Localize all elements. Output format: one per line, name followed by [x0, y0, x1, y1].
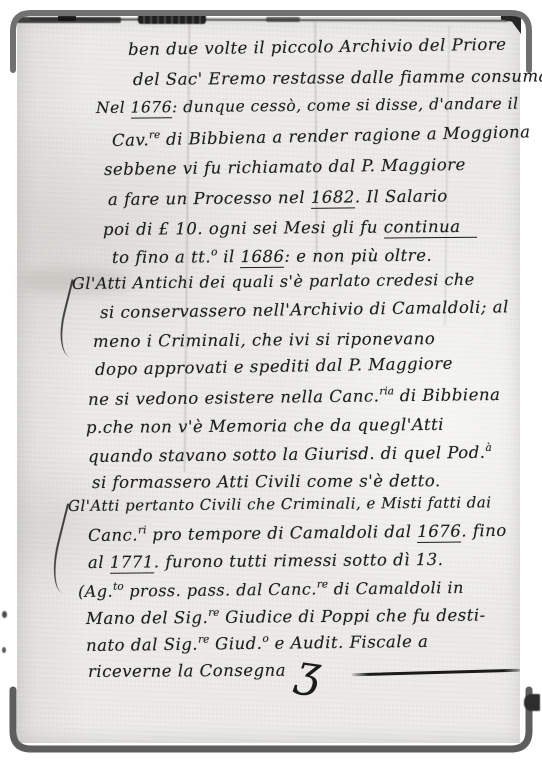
manuscript-line: Canc.ri pro tempore di Camaldoli dal 167… — [88, 520, 507, 545]
underlined-text: continua — [384, 217, 477, 239]
manuscript-line: Gl'Atti pertanto Civili che Criminali, e… — [68, 493, 492, 515]
text-run: a fare un Processo nel — [108, 188, 311, 209]
underlined-text: 1676 — [417, 521, 461, 543]
underlined-text: 1676 — [131, 98, 173, 118]
superscript-text: re — [198, 633, 209, 645]
superscript-text: re — [149, 129, 160, 141]
text-run: pro tempore di Camaldoli dal — [146, 522, 417, 544]
text-run: del Sac' Eremo restasse dalle fiamme con… — [133, 66, 542, 89]
text-run: e Audit. Fiscale a — [269, 632, 429, 653]
text-run: : dunque cessò, come si disse, d'andare … — [172, 95, 519, 117]
text-run: al — [88, 553, 110, 572]
text-run: Gl'Atti pertanto Civili che Criminali, e… — [68, 493, 492, 515]
manuscript-line: quando stavano sotto la Giurisd. di quel… — [88, 442, 492, 466]
text-run: Giudice di Poppi che fu desti- — [219, 606, 485, 627]
text-run: Nel — [96, 99, 131, 117]
underlined-text: 1686 — [240, 247, 284, 268]
manuscript-line: (Ag.to pross. pass. dal Canc.re di Camal… — [78, 577, 464, 601]
text-run: meno i Criminali, che ivi si riponevano — [93, 329, 435, 351]
superscript-text: à — [485, 442, 491, 454]
top-edge-blot — [266, 17, 300, 22]
text-run: . fino — [461, 521, 507, 541]
text-run: pross. pass. dal Canc. — [124, 579, 317, 600]
text-run: : e non più oltre. — [284, 246, 432, 266]
underlined-text: 1682 — [311, 187, 355, 208]
text-run: Canc. — [88, 525, 138, 545]
text-run: di Camaldoli in — [328, 578, 464, 598]
superscript-text: ria — [379, 385, 394, 397]
text-run: nato dal Sig. — [86, 635, 198, 655]
text-run: Cav. — [112, 130, 149, 150]
manuscript-line: riceverne la Consegna — [88, 661, 286, 681]
left-margin-speck — [2, 611, 7, 618]
text-run: (Ag. — [78, 582, 113, 601]
text-run: p.che non v'è Memoria che da quegl'Atti — [86, 415, 444, 437]
text-run: Mano del Sig. — [86, 608, 208, 628]
underlined-text: 1771 — [110, 552, 154, 573]
manuscript-line: al 1771. furono tutti rimessi sotto dì 1… — [88, 550, 444, 572]
text-run: Giud. — [209, 634, 262, 654]
manuscript-line: del Sac' Eremo restasse dalle fiamme con… — [133, 66, 542, 89]
manuscript-line: Mano del Sig.re Giudice di Poppi che fu … — [86, 605, 486, 628]
text-run: poi di £ 10. ogni sei Mesi gli fu — [103, 218, 384, 239]
manuscript-line: nato dal Sig.re Giud.o e Audit. Fiscale … — [86, 631, 429, 655]
superscript-text: to — [113, 581, 124, 593]
right-edge-notch — [524, 694, 540, 711]
superscript-text: re — [317, 578, 328, 590]
manuscript-line: to fino a tt.o il 1686: e non più oltre. — [112, 245, 432, 267]
manuscript-line: a fare un Processo nel 1682. Il Salario — [108, 186, 448, 209]
manuscript-line: meno i Criminali, che ivi si riponevano — [93, 329, 435, 351]
text-run: . Il Salario — [355, 186, 448, 206]
text-run: di Bibbiena — [394, 385, 501, 405]
text-run: . furono tutti rimessi sotto dì 13. — [154, 550, 444, 572]
text-run: ne si vedono esistere nella Canc. — [88, 386, 380, 409]
text-run: il — [217, 247, 240, 266]
text-run: riceverne la Consegna — [88, 661, 286, 681]
page-top-edge-mark — [58, 15, 76, 21]
scan-viewport: ben due volte il piccolo Archivio del Pr… — [0, 0, 542, 760]
manuscript-line: si formassero Atti Civili come s'è detto… — [92, 471, 441, 492]
left-margin-speck — [2, 647, 6, 653]
text-run: to fino a tt. — [112, 247, 211, 267]
manuscript-line: p.che non v'è Memoria che da quegl'Atti — [86, 415, 444, 437]
manuscript-line: poi di £ 10. ogni sei Mesi gli fu contin… — [103, 217, 477, 239]
text-run: si formassero Atti Civili come s'è detto… — [92, 471, 441, 492]
top-edge-smudge — [138, 14, 206, 24]
superscript-text: re — [208, 607, 219, 619]
